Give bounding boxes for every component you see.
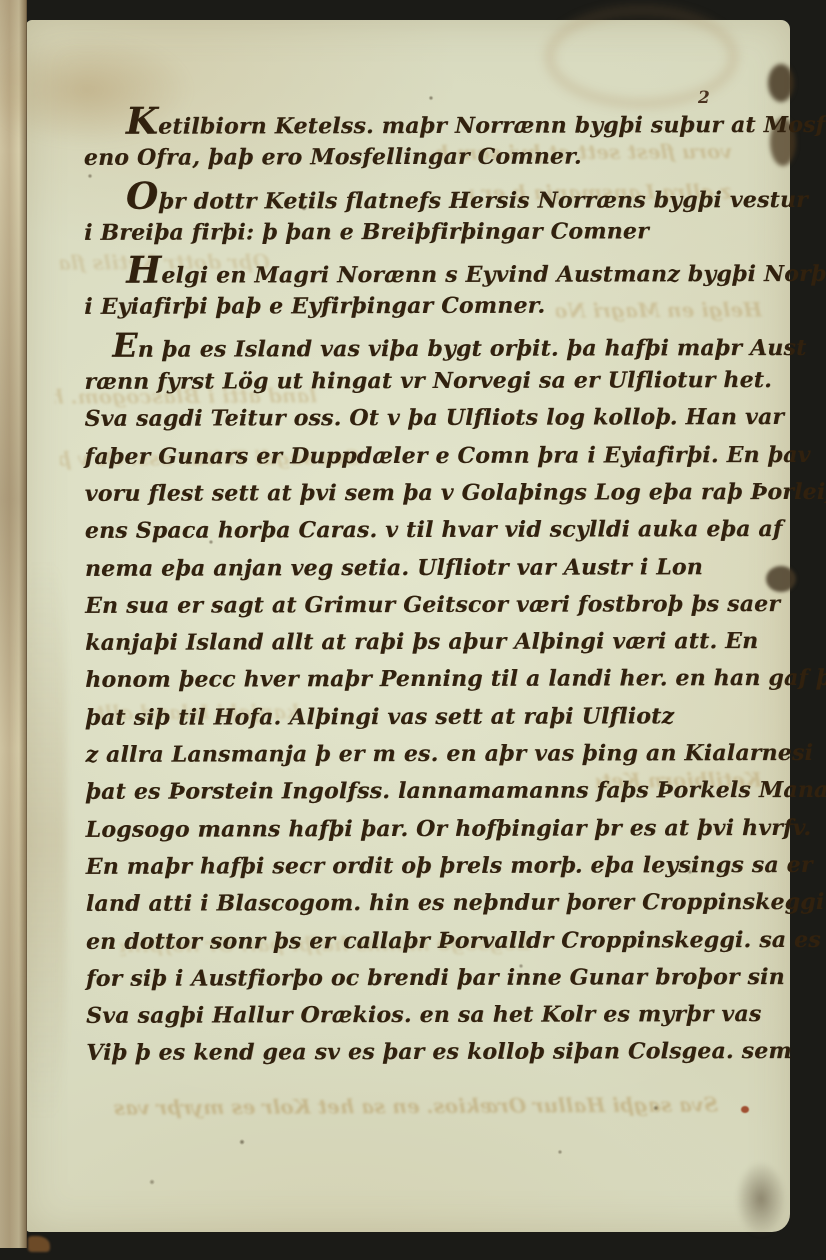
manuscript-line: i Breiþa firþi: þ þan e Breiþfirþingar C… — [84, 213, 739, 252]
manuscript-line: land atti i Blascogom. hin es neþndur þo… — [86, 884, 741, 923]
manuscript-line: þat es Þorstein Ingolfss. lannamamanns f… — [85, 772, 740, 811]
manuscript-line: Logsogo manns hafþi þar. Or hofþingiar þ… — [86, 810, 741, 849]
manuscript-line: i Eyiafirþi þaþ e Eyfirþingar Comner. — [84, 288, 739, 327]
manuscript-line: Helgi en Magri Norænn s Eyvind Austmanz … — [84, 250, 739, 289]
manuscript-line: Sva sagdi Teitur oss. Ot v þa Ulfliots l… — [85, 400, 740, 439]
manuscript-line: nema eþa anjan veg setia. Ulfliotr var A… — [85, 549, 740, 588]
manuscript-line: Viþ þ es kend gea sv es þar es kolloþ si… — [86, 1034, 741, 1073]
manuscript-line: Ketilbiorn Ketelss. maþr Norrænn bygþi s… — [84, 101, 739, 140]
binding-edge — [0, 0, 27, 1248]
manuscript-line: þat siþ til Hofa. Alþingi vas sett at ra… — [85, 698, 740, 737]
manuscript-line: rænn fyrst Lög ut hingat vr Norvegi sa e… — [84, 362, 739, 401]
manuscript-line: honom þecc hver maþr Penning til a landi… — [85, 661, 740, 700]
manuscript-line: faþer Gunars er Duppdæler e Comn þra i E… — [85, 437, 740, 476]
manuscript-photo: voru flest sett at þvi sem þa v Golaþing… — [0, 0, 826, 1260]
manuscript-line: en dottor sonr þs er callaþr Þorvalldr C… — [86, 922, 741, 961]
manuscript-line: Oþr dottr Ketils flatnefs Hersis Norræns… — [84, 176, 739, 215]
manuscript-line: Sva sagþi Hallur Orækios. en sa het Kolr… — [86, 996, 741, 1035]
manuscript-line: for siþ i Austfiorþo oc brendi þar inne … — [86, 959, 741, 998]
manuscript-line: En maþr hafþi secr ordit oþ þrels morþ. … — [86, 847, 741, 886]
manuscript-line: En sua er sagt at Grimur Geitscor væri f… — [85, 586, 740, 625]
manuscript-line: kanjaþi Island allt at raþi þs aþur Alþi… — [85, 623, 740, 662]
manuscript-line: eno Ofra, þaþ ero Mosfellingar Comner. — [84, 138, 739, 177]
manuscript-line: voru flest sett at þvi sem þa v Golaþing… — [85, 474, 740, 513]
manuscript-text-block: Ketilbiorn Ketelss. maþr Norrænn bygþi s… — [84, 101, 742, 1072]
manuscript-line: En þa es Island vas viþa bygt orþit. þa … — [84, 325, 739, 364]
manuscript-line: ens Spaca horþa Caras. v til hvar vid sc… — [85, 511, 740, 550]
manuscript-line: z allra Lansmanja þ er m es. en aþr vas … — [85, 735, 740, 774]
stain-bottom-left — [28, 1236, 50, 1252]
